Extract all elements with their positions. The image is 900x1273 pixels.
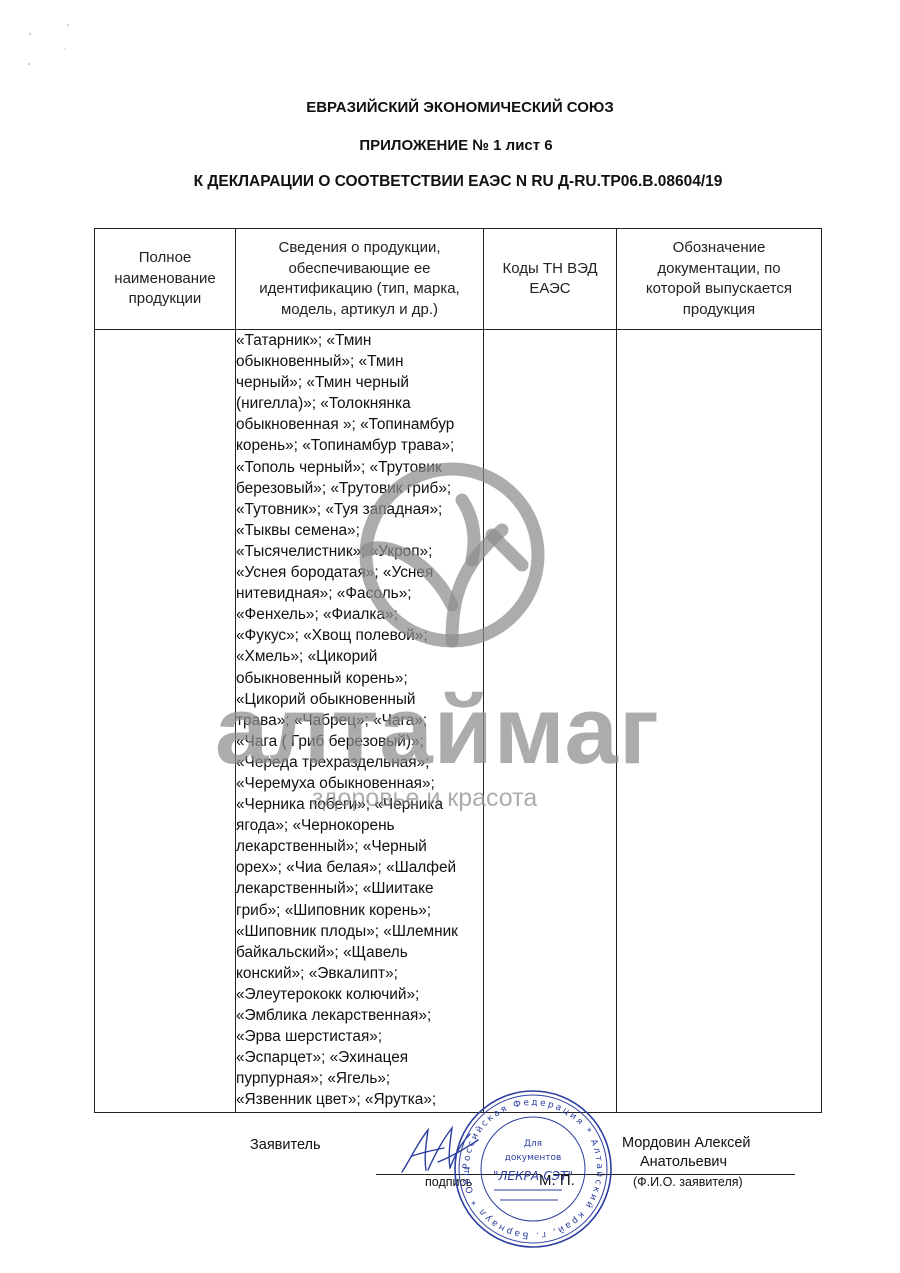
text-line: «Цикорий обыкновенный bbox=[236, 689, 483, 710]
declaration-title: К ДЕКЛАРАЦИИ О СООТВЕТСТВИИ ЕАЭС N RU Д-… bbox=[8, 173, 900, 191]
text-line: «Череда трехраздельная»; bbox=[236, 752, 483, 773]
text-line: «Чага ( Гриб березовый)»; bbox=[236, 731, 483, 752]
text-line: черный»; «Тмин черный bbox=[236, 372, 483, 393]
table-header-row: Полноенаименованиепродукции Сведения о п… bbox=[95, 229, 822, 330]
text-line: нитевидная»; «Фасоль»; bbox=[236, 583, 483, 604]
company-stamp-icon: Российская Федерация * Алтайский край, г… bbox=[452, 1088, 614, 1250]
text-line: (нигелла)»; «Толокнянка bbox=[236, 393, 483, 414]
scan-specks bbox=[20, 20, 80, 80]
text-line: «Черника побеги»; «Черника bbox=[236, 794, 483, 815]
text-line: «Язвенник цвет»; «Ярутка»; bbox=[236, 1089, 483, 1110]
text-line: обыкновенная »; «Топинамбур bbox=[236, 414, 483, 435]
text-line: гриб»; «Шиповник корень»; bbox=[236, 900, 483, 921]
text-line: «Фукус»; «Хвощ полевой»; bbox=[236, 625, 483, 646]
text-line: «Эмблика лекарственная»; bbox=[236, 1005, 483, 1026]
text-line: «Тутовник»; «Туя западная»; bbox=[236, 499, 483, 520]
text-line: продукция bbox=[617, 300, 821, 321]
text-line: «Эрва шерстистая»; bbox=[236, 1026, 483, 1047]
text-line: «Татарник»; «Тмин bbox=[236, 330, 483, 351]
name-caption: (Ф.И.О. заявителя) bbox=[633, 1175, 743, 1189]
column-header-documentation: Обозначениедокументации, покоторой выпус… bbox=[617, 229, 822, 330]
text-line: «Тысячелистник»; «Укроп»; bbox=[236, 541, 483, 562]
union-title: ЕВРАЗИЙСКИЙ ЭКОНОМИЧЕСКИЙ СОЮЗ bbox=[10, 99, 900, 116]
cell-identification: «Татарник»; «Тминобыкновенный»; «Тминчер… bbox=[236, 330, 484, 1113]
text-line: ягода»; «Чернокорень bbox=[236, 815, 483, 836]
text-line: продукции bbox=[95, 289, 235, 310]
text-line: орех»; «Чиа белая»; «Шалфей bbox=[236, 857, 483, 878]
text-line: Обозначение bbox=[617, 238, 821, 259]
text-line: байкальский»; «Щавель bbox=[236, 942, 483, 963]
text-line: лекарственный»; «Шиитаке bbox=[236, 878, 483, 899]
text-line: модель, артикул и др.) bbox=[236, 300, 483, 321]
text-line: пурпурная»; «Ягель»; bbox=[236, 1068, 483, 1089]
table-row: «Татарник»; «Тминобыкновенный»; «Тминчер… bbox=[95, 330, 822, 1113]
applicant-name-line2: Анатольевич bbox=[640, 1154, 727, 1170]
text-line: ЕАЭС bbox=[484, 279, 616, 300]
text-line: обеспечивающие ее bbox=[236, 259, 483, 280]
text-line: корень»; «Топинамбур трава»; bbox=[236, 435, 483, 456]
cell-full-name bbox=[95, 330, 236, 1113]
text-line: «Уснея бородатая»; «Уснея bbox=[236, 562, 483, 583]
text-line: обыкновенный корень»; bbox=[236, 668, 483, 689]
text-line: «Эспарцет»; «Эхинацея bbox=[236, 1047, 483, 1068]
text-line: трава»; «Чабрец»; «Чага»; bbox=[236, 710, 483, 731]
declaration-table: Полноенаименованиепродукции Сведения о п… bbox=[94, 228, 822, 1113]
text-line: наименование bbox=[95, 269, 235, 290]
text-line: «Элеутерококк колючий»; bbox=[236, 984, 483, 1005]
text-line: Сведения о продукции, bbox=[236, 238, 483, 259]
applicant-name-line1: Мордовин Алексей bbox=[622, 1135, 751, 1151]
appendix-title: ПРИЛОЖЕНИЕ № 1 лист 6 bbox=[6, 137, 900, 154]
text-line: идентификацию (тип, марка, bbox=[236, 279, 483, 300]
column-header-identification: Сведения о продукции,обеспечивающие ееид… bbox=[236, 229, 484, 330]
text-line: документации, по bbox=[617, 259, 821, 280]
text-line: обыкновенный»; «Тмин bbox=[236, 351, 483, 372]
text-line: Полное bbox=[95, 248, 235, 269]
text-line: «Тыквы семена»; bbox=[236, 520, 483, 541]
text-line: конский»; «Эвкалипт»; bbox=[236, 963, 483, 984]
column-header-tn-ved-codes: Коды ТН ВЭДЕАЭС bbox=[484, 229, 617, 330]
column-header-full-name: Полноенаименованиепродукции bbox=[95, 229, 236, 330]
text-line: «Хмель»; «Цикорий bbox=[236, 646, 483, 667]
text-line: лекарственный»; «Черный bbox=[236, 836, 483, 857]
text-line: Коды ТН ВЭД bbox=[484, 259, 616, 280]
svg-text:документов: документов bbox=[505, 1153, 562, 1163]
cell-documentation bbox=[617, 330, 822, 1113]
cell-tn-ved-codes bbox=[484, 330, 617, 1113]
text-line: «Шиповник плоды»; «Шлемник bbox=[236, 921, 483, 942]
svg-text:"ЛЕКРА-СЭТ": "ЛЕКРА-СЭТ" bbox=[493, 1169, 573, 1183]
text-line: березовый»; «Трутовик гриб»; bbox=[236, 478, 483, 499]
text-line: которой выпускается bbox=[617, 279, 821, 300]
text-line: «Тополь черный»; «Трутовик bbox=[236, 457, 483, 478]
text-line: «Фенхель»; «Фиалка»; bbox=[236, 604, 483, 625]
applicant-label: Заявитель bbox=[250, 1137, 321, 1153]
svg-text:Российская Федерация * Алтайск: Российская Федерация * Алтайский край, г… bbox=[452, 1088, 604, 1240]
text-line: «Черемуха обыкновенная»; bbox=[236, 773, 483, 794]
svg-text:Для: Для bbox=[524, 1139, 542, 1149]
